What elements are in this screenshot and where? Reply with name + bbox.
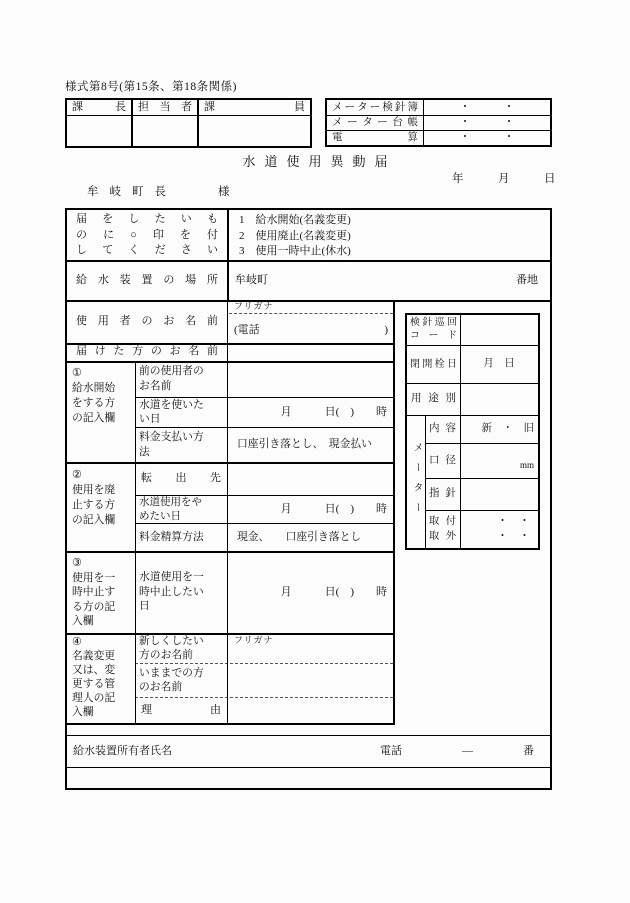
- section4-furigana-label: フリガナ: [234, 635, 274, 647]
- meter-ledger-row-value: ・ ・: [424, 115, 550, 130]
- section4-new-name-label: 新しくしたい 方のお名前: [135, 633, 227, 663]
- meter-content-label: 内容: [425, 422, 460, 436]
- approval-col-chief: 課長: [67, 100, 131, 115]
- valve-date-label-cell: 閉開栓日: [407, 345, 460, 383]
- meter-ledger-row-value: ・ ・: [424, 130, 550, 145]
- section3-suspend-date-label-cell: 水道使用を一 時中止したい 日: [135, 551, 227, 633]
- usage-type-label-cell: 用途別: [407, 383, 460, 415]
- notice-label-line3: してください: [76, 243, 218, 259]
- owner-phone-unit: 番: [523, 744, 534, 758]
- user-phone-open: (電話: [234, 323, 260, 337]
- section1-prev-user-label: 前の使用者の お名前: [135, 361, 227, 397]
- meter-ledger-table: メーター検針簿 ・ ・ メーター台帳 ・ ・ 電算 ・ ・: [325, 98, 552, 147]
- meter-diameter-label: 口径: [425, 454, 460, 468]
- notice-options: 1 給水開始(名義変更) 2 使用廃止(名義変更) 3 使用一時中止(休水): [229, 210, 550, 260]
- meter-diameter-label-cell: 口径: [425, 443, 460, 478]
- location-value: 牟岐町: [235, 273, 268, 287]
- user-name-label-cell: 使用者のお名前: [67, 300, 227, 343]
- notice-option-3: 3 使用一時中止(休水): [239, 244, 550, 260]
- addressee-line: 牟岐町長様: [87, 185, 230, 200]
- location-value-cell: 牟岐町 番地: [229, 260, 550, 300]
- date-line: 年 月 日: [452, 172, 556, 187]
- owner-label: 給水装置所有者氏名: [73, 744, 172, 758]
- location-label-cell: 給水装置の場所: [67, 260, 227, 300]
- user-phone-close: ): [384, 323, 388, 337]
- meter-diameter-unit: mm: [460, 443, 538, 478]
- notice-label: 届をしたいも のに○印を付 してください: [67, 210, 227, 260]
- notice-option-2: 2 使用廃止(名義変更): [239, 229, 550, 245]
- meter-content-value: 新 ・ 旧: [460, 415, 538, 443]
- approval-stamp-table: 課長 担当者 課員: [65, 98, 312, 148]
- section1-payment-label: 料金支払い方 法: [135, 427, 227, 462]
- water-usage-change-form: 様式第8号(第15条、第18条関係) 課長 担当者 課員 メーター検針簿 ・ ・…: [0, 0, 630, 903]
- section2-settlement-value: 現金、 口座引き落とし: [229, 523, 393, 551]
- location-unit: 番地: [516, 273, 538, 287]
- meter-vertical-label: メーター: [407, 415, 425, 548]
- section2-stop-date-value: 月 日( ) 時: [229, 495, 393, 523]
- meter-code-label: 検針巡回 コード: [407, 315, 460, 345]
- meter-ledger-row-value: ・ ・: [424, 100, 550, 115]
- meter-attach-value: ・ ・ ・ ・: [460, 514, 538, 544]
- usage-type-label: 用途別: [407, 392, 460, 406]
- section4-reason-label: 理由: [135, 703, 227, 717]
- section1-label: ① 給水開始 をする方 の記入欄: [67, 361, 135, 462]
- section2-moveout-label: 転出先: [135, 471, 227, 485]
- addressee-honorific: 様: [218, 186, 230, 198]
- section4-old-name-label: いままでの方 のお名前: [135, 663, 227, 697]
- meter-attach-label: 取付 取外: [425, 514, 460, 544]
- notice-label-line1: 届をしたいも: [76, 212, 218, 228]
- section2-settlement-label: 料金精算方法: [135, 523, 227, 551]
- approval-col-staff: 担当者: [133, 100, 197, 115]
- main-form-table: 届をしたいも のに○印を付 してください 1 給水開始(名義変更) 2 使用廃止…: [65, 208, 552, 790]
- owner-phone-dash: ―: [462, 744, 473, 758]
- notice-option-1: 1 給水開始(名義変更): [239, 213, 550, 229]
- owner-phone-label: 電話: [380, 744, 402, 758]
- meter-ledger-row-label: メーター検針簿: [327, 100, 423, 115]
- form-number: 様式第8号(第15条、第18条関係): [65, 80, 237, 95]
- section1-payment-value: 口座引き落とし、 現金払い: [229, 427, 393, 462]
- notice-label-line2: のに○印を付: [76, 228, 218, 244]
- section3-label: ③ 使用を一 時中止す る方の記 入欄: [67, 551, 135, 633]
- section4-new-name-value-cell: フリガナ: [229, 633, 393, 663]
- section3-suspend-date-label: 水道使用を一 時中止したい 日: [135, 570, 227, 614]
- section2-stop-date-label: 水道使用をや めたい日: [135, 495, 227, 523]
- meter-ledger-row-label: 電算: [327, 130, 423, 145]
- meter-ledger-row-label: メーター台帳: [327, 115, 423, 130]
- reporter-label: 届けた方のお名前: [67, 343, 227, 361]
- meter-content-label-cell: 内容: [425, 415, 460, 443]
- section1-start-date-label: 水道を使いた い日: [135, 397, 227, 427]
- meter-attach-value-cell: ・ ・ ・ ・: [460, 510, 538, 548]
- user-furigana-label: フリガナ: [234, 301, 274, 313]
- section3-suspend-date-value: 月 日( ) 時: [229, 551, 393, 633]
- addressee: 牟岐町長: [87, 186, 177, 198]
- meter-attach-label-cell: 取付 取外: [425, 510, 460, 548]
- section4-reason-label-cell: 理由: [135, 697, 227, 723]
- valve-date-value: 月 日: [460, 345, 538, 383]
- approval-col-member: 課員: [199, 100, 310, 115]
- meter-pointer-label: 指針: [425, 487, 460, 501]
- section2-label: ② 使用を廃 止する方 の記入欄: [67, 462, 135, 551]
- location-label: 給水装置の場所: [67, 273, 227, 287]
- meter-pointer-label-cell: 指針: [425, 478, 460, 510]
- section2-moveout-label-cell: 転出先: [135, 462, 227, 495]
- section4-label: ④ 名義変更 又は、変 更する管 理人の記 入欄: [67, 633, 135, 723]
- owner-row: 給水装置所有者氏名 電話 ― 番: [67, 735, 550, 767]
- user-name-value-cell: フリガナ (電話 ): [229, 300, 393, 343]
- valve-date-label: 閉開栓日: [407, 358, 460, 371]
- user-name-label: 使用者のお名前: [67, 314, 227, 328]
- office-use-box: 検針巡回 コード 閉開栓日 月 日 用途別 メーター 内容 新 ・ 旧 口径 m…: [405, 313, 540, 550]
- page-title: 水道使用異動届: [70, 154, 560, 171]
- section1-start-date-value: 月 日( ) 時: [229, 397, 393, 427]
